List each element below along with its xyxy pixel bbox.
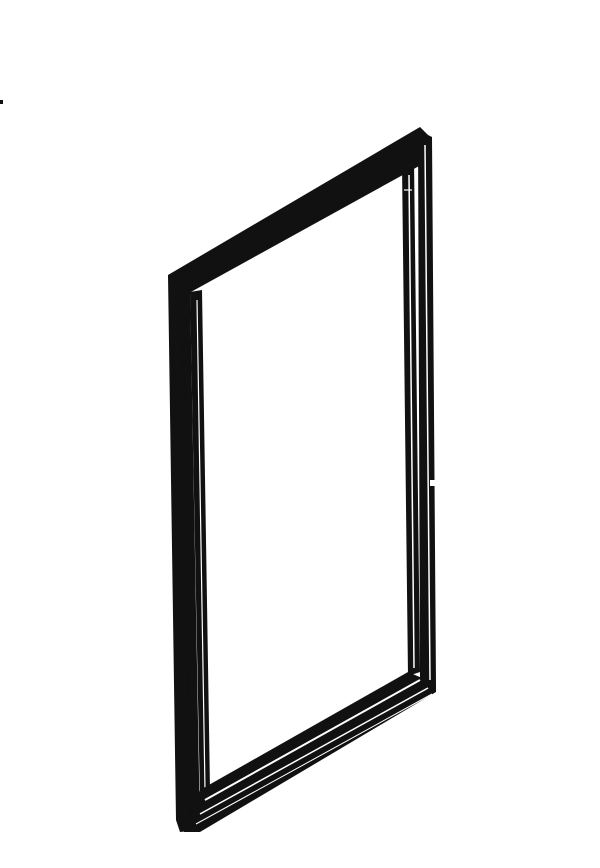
top-rail xyxy=(168,127,430,298)
right-stile xyxy=(402,130,436,688)
left-stile xyxy=(168,275,210,832)
frame xyxy=(168,127,436,832)
edge-notch xyxy=(430,480,438,486)
speck-mark xyxy=(0,100,3,104)
frame-drawing xyxy=(0,0,600,868)
bottom-rail xyxy=(184,672,436,832)
